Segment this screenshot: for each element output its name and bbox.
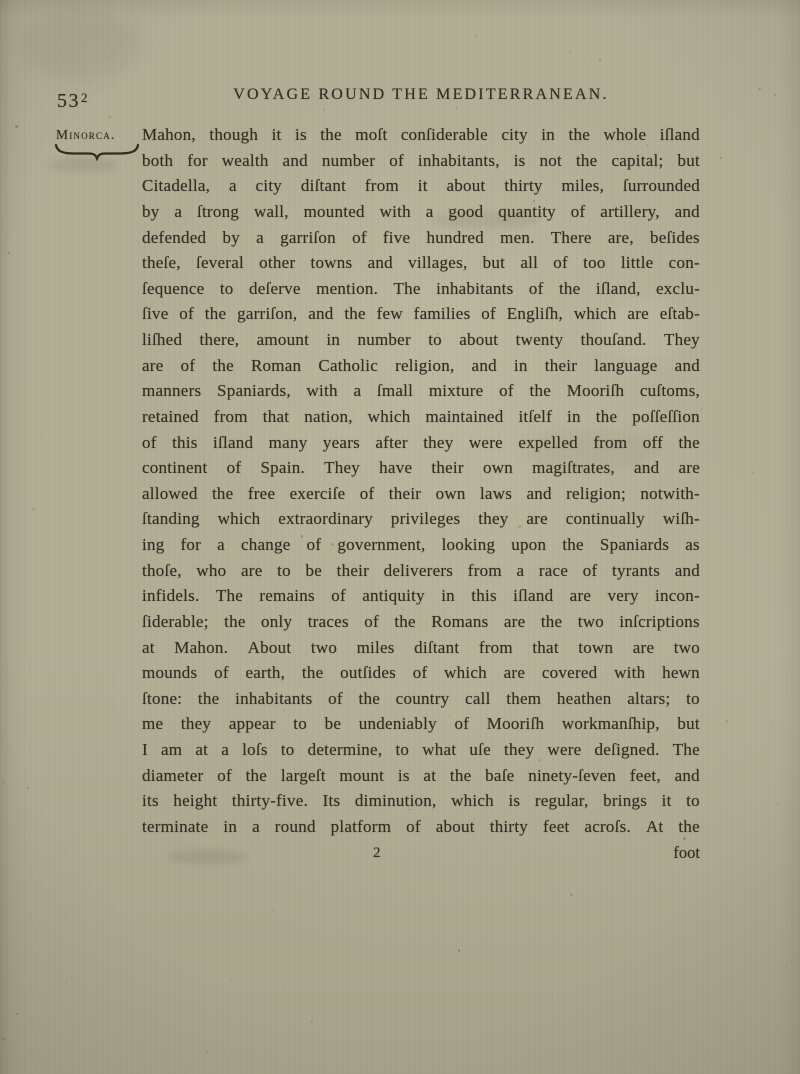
text-line: byaſtrongwall,mountedwithagoodquantityof… — [142, 199, 700, 225]
signature-mark: 2 — [373, 840, 381, 866]
footer-line: 2 foot — [142, 840, 700, 866]
underbrace-ornament — [54, 143, 140, 161]
text-line: Citadella,acitydiſtantfromitaboutthirtym… — [142, 173, 700, 199]
paper-speck — [284, 989, 286, 991]
paper-speck — [32, 508, 35, 510]
paper-speck — [22, 203, 23, 204]
paper-speck — [15, 125, 17, 128]
paper-speck — [131, 732, 133, 734]
text-line: ſtone:theinhabitantsofthecountrycallthem… — [142, 686, 700, 712]
text-line: bothforwealthandnumberofinhabitants,isno… — [142, 148, 700, 174]
paper-speck — [27, 787, 28, 789]
book-page: 532 VOYAGE ROUND THE MEDITERRANEAN. Mino… — [0, 0, 800, 1074]
paper-speck — [310, 1020, 313, 1023]
paper-speck — [774, 94, 776, 96]
paper-speck — [599, 59, 601, 62]
text-line: defendedbyagarriſonoffivehundredmen.Ther… — [142, 225, 700, 251]
paper-speck — [475, 34, 477, 36]
paper-speck — [770, 725, 772, 726]
text-line: atMahon.Abouttwomilesdiſtantfromthattown… — [142, 635, 700, 661]
paper-speck — [35, 359, 38, 362]
paper-speck — [413, 940, 415, 942]
text-line: ſiderable;theonlytracesoftheRomansarethe… — [142, 609, 700, 635]
text-line: Mahon,thoughitisthemoſtconſiderablecityi… — [142, 122, 700, 148]
paper-speck — [658, 1062, 660, 1063]
paper-speck — [71, 976, 72, 977]
paper-speck — [2, 781, 5, 784]
page-number-oldstyle-two: 2 — [81, 90, 89, 105]
text-line: theſe,ſeveralothertownsandvillages,butal… — [142, 250, 700, 276]
paper-speck — [2, 1037, 5, 1041]
paper-speck — [650, 908, 652, 909]
paper-speck — [720, 157, 722, 159]
text-line: metheyappeartobeundeniablyofMooriſhworkm… — [142, 711, 700, 737]
text-line: retainedfromthatnation,whichmaintainedit… — [142, 404, 700, 430]
body-text: Mahon,thoughitisthemoſtconſiderablecityi… — [142, 122, 700, 840]
text-line: ſtandingwhichextraordinaryprivilegesthey… — [142, 506, 700, 532]
paper-speck — [557, 993, 558, 994]
paper-speck — [716, 461, 717, 462]
paper-speck — [790, 959, 792, 962]
text-line: liſhedthere,amountinnumbertoabouttwentyt… — [142, 327, 700, 353]
text-line: itsheightthirty-five.Itsdiminution,which… — [142, 788, 700, 814]
paper-speck — [458, 949, 461, 952]
paper-speck — [569, 51, 571, 53]
paper-speck — [323, 108, 325, 110]
paper-speck — [8, 252, 10, 254]
paper-speck — [726, 720, 728, 722]
page-number-main: 53 — [57, 90, 80, 112]
text-line: diameterofthelargeſtmountisatthebaſenine… — [142, 763, 700, 789]
paper-speck — [777, 803, 780, 805]
text-line: Iamataloſstodetermine,towhatuſetheywered… — [142, 737, 700, 763]
text-line: ſiveofthegarriſon,andthefewfamiliesofEng… — [142, 301, 700, 327]
paper-speck — [109, 116, 111, 119]
text-line: moundsofearth,theoutſidesofwhicharecover… — [142, 660, 700, 686]
paper-speck — [700, 408, 703, 411]
text-line: ſequencetodeſervemention.Theinhabitantso… — [142, 276, 700, 302]
catchword: foot — [673, 840, 700, 866]
text-line: continentofSpain.Theyhavetheirownmagiſtr… — [142, 455, 700, 481]
text-line: infidels.Theremainsofantiquityinthisiſla… — [142, 583, 700, 609]
paper-speck — [230, 980, 232, 981]
paper-speck — [758, 88, 761, 90]
margin-note-label: Minorca. — [56, 127, 115, 142]
margin-note: Minorca. — [56, 126, 148, 144]
page-number: 532 — [57, 90, 88, 113]
text-line: areoftheRomanCatholicreligion,andintheir… — [142, 353, 700, 379]
text-line: allowedthefreeexerciſeoftheirownlawsandr… — [142, 481, 700, 507]
paper-speck — [206, 1051, 208, 1054]
paper-speck — [751, 471, 754, 474]
paper-speck — [16, 1013, 17, 1015]
paper-speck — [132, 577, 133, 578]
paper-speck — [585, 57, 586, 59]
running-header: VOYAGE ROUND THE MEDITERRANEAN. — [142, 86, 700, 104]
text-line: thoſe,whoaretobetheirdeliverersfromarace… — [142, 558, 700, 584]
paper-speck — [272, 909, 274, 911]
paper-stain — [20, 10, 140, 80]
paper-speck — [456, 107, 458, 109]
paper-speck — [570, 893, 573, 896]
paper-speck — [41, 437, 42, 438]
text-line: ingforachangeofgovernment,lookinguponthe… — [142, 532, 700, 558]
text-line: mannersSpaniards,withaſmallmixtureoftheM… — [142, 378, 700, 404]
text-line: terminateinaroundplatformofaboutthirtyfe… — [142, 814, 700, 840]
text-line: ofthisiſlandmanyyearsaftertheywereexpell… — [142, 430, 700, 456]
